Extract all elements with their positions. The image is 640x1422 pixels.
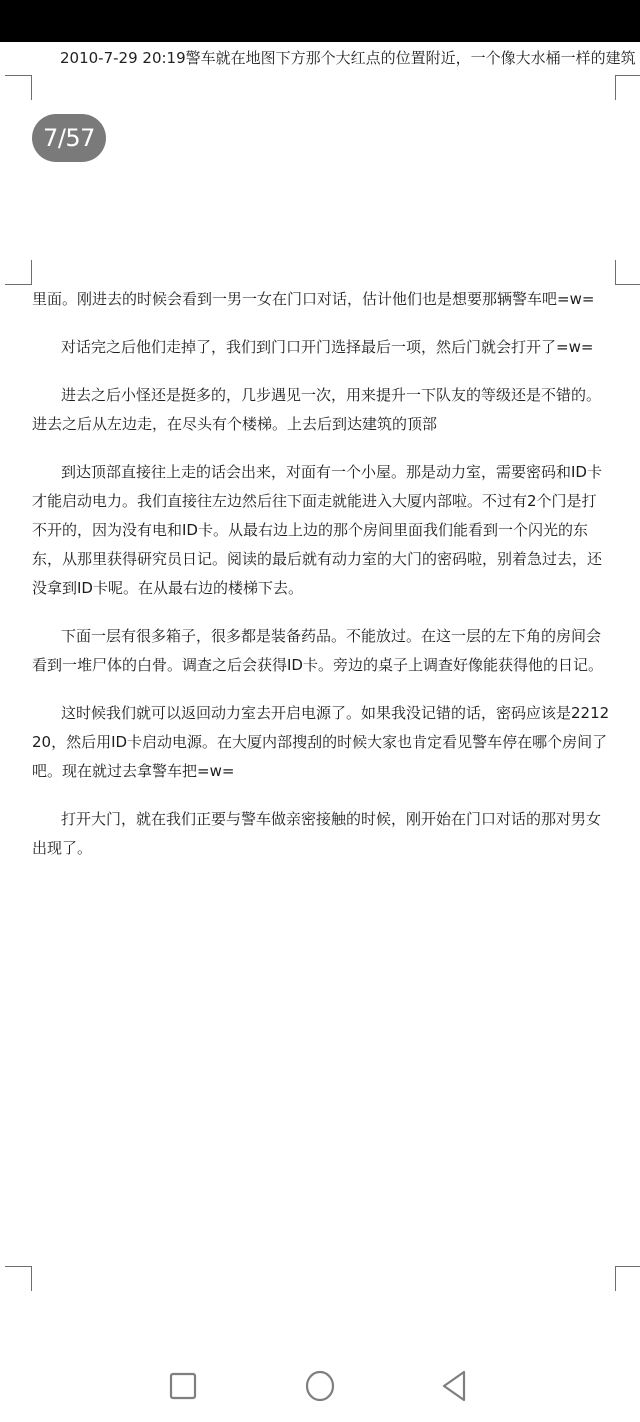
back-button[interactable] [435, 1368, 475, 1408]
circle-home-icon [304, 1370, 336, 1406]
paragraph: 对话完之后他们走掉了，我们到门口开门选择最后一项，然后门就会打开了=w= [32, 333, 610, 362]
triangle-back-icon [440, 1370, 470, 1406]
home-button[interactable] [300, 1368, 340, 1408]
status-bar [0, 0, 640, 42]
document-body: 里面。刚进去的时候会看到一男一女在门口对话，估计他们也是想要那辆警车吧=w= 对… [32, 285, 610, 882]
crop-mark-next-page-left [5, 1266, 32, 1291]
square-recent-apps-icon [169, 1372, 197, 1404]
paragraph: 下面一层有很多箱子，很多都是装备药品。不能放过。在这一层的左下角的房间会看到一堆… [32, 622, 610, 680]
paragraph: 进去之后小怪还是挺多的，几步遇见一次，用来提升一下队友的等级还是不错的。进去之后… [32, 381, 610, 439]
paragraph: 打开大门，就在我们正要与警车做亲密接触的时候，刚开始在门口对话的那对男女出现了。 [32, 805, 610, 863]
paragraph: 这时候我们就可以返回动力室去开启电源了。如果我没记错的话，密码应该是221220… [32, 699, 610, 786]
crop-mark-bottom-left [5, 260, 32, 285]
paragraph: 里面。刚进去的时候会看到一男一女在门口对话，估计他们也是想要那辆警车吧=w= [32, 285, 610, 314]
crop-mark-next-page-right [615, 1266, 640, 1291]
crop-mark-top-right [615, 75, 640, 100]
system-navigation-bar [0, 1350, 640, 1422]
crop-mark-top-left [5, 75, 32, 100]
recent-apps-button[interactable] [163, 1368, 203, 1408]
page-header-text: 2010-7-29 20:19警车就在地图下方那个大红点的位置附近，一个像大水桶… [60, 48, 640, 68]
paragraph: 到达顶部直接往上走的话会出来，对面有一个小屋。那是动力室，需要密码和ID卡才能启… [32, 458, 610, 603]
page-indicator-badge[interactable]: 7/57 [32, 114, 106, 162]
crop-mark-bottom-right [615, 260, 640, 285]
